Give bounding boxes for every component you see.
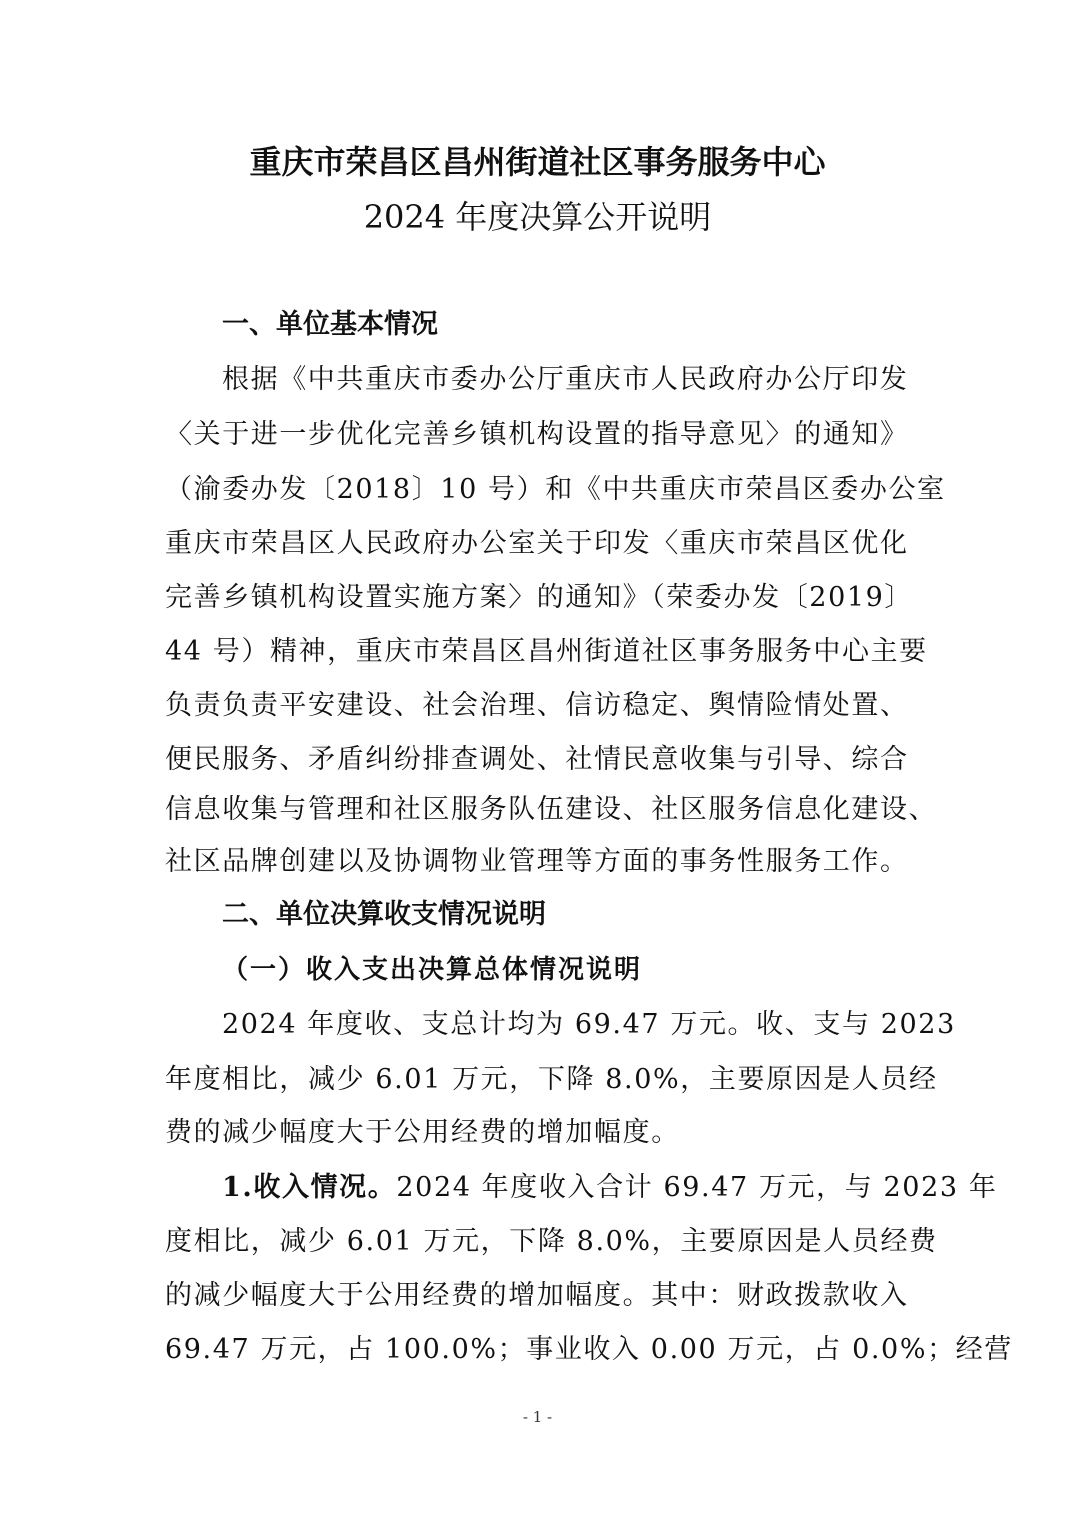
- text-line: 费的减少幅度大于公用经费的增加幅度。: [165, 1116, 925, 1150]
- page-number: - 1 -: [0, 1408, 1075, 1426]
- subsection-heading-overall: （一）收入支出决算总体情况说明: [222, 953, 642, 987]
- document-subtitle: 2024 年度决算公开说明: [0, 197, 1075, 237]
- section-heading-budget-explanation: 二、单位决算收支情况说明: [222, 898, 546, 932]
- text-line: 完善乡镇机构设置实施方案〉的通知》（荣委办发〔2019〕: [165, 581, 925, 615]
- income-lead-text: 2024 年度收入合计 69.47 万元，与 2023 年: [396, 1172, 997, 1203]
- text-line: 年度相比，减少 6.01 万元，下降 8.0%，主要原因是人员经: [165, 1063, 925, 1097]
- document-title: 重庆市荣昌区昌州街道社区事务服务中心: [0, 142, 1075, 182]
- text-line: 44 号）精神，重庆市荣昌区昌州街道社区事务服务中心主要: [165, 635, 925, 669]
- text-line: 的减少幅度大于公用经费的增加幅度。其中：财政拨款收入: [165, 1279, 925, 1313]
- section-heading-basic-info: 一、单位基本情况: [222, 308, 438, 342]
- income-lead-label: 1.收入情况。: [222, 1172, 396, 1203]
- text-line: 负责负责平安建设、社会治理、信访稳定、舆情险情处置、: [165, 689, 925, 723]
- text-line: 1.收入情况。2024 年度收入合计 69.47 万元，与 2023 年: [165, 1171, 982, 1205]
- text-line: 重庆市荣昌区人民政府办公室关于印发〈重庆市荣昌区优化: [165, 527, 925, 561]
- text-line: 根据《中共重庆市委办公厅重庆市人民政府办公厅印发: [165, 363, 982, 397]
- text-line: 〈关于进一步优化完善乡镇机构设置的指导意见〉的通知》: [165, 418, 925, 452]
- text-line: 度相比，减少 6.01 万元，下降 8.0%，主要原因是人员经费: [165, 1225, 925, 1259]
- document-page: 重庆市荣昌区昌州街道社区事务服务中心 2024 年度决算公开说明 一、单位基本情…: [0, 0, 1075, 1520]
- text-line: 69.47 万元，占 100.0%；事业收入 0.00 万元，占 0.0%；经营: [165, 1333, 925, 1367]
- text-line: 社区品牌创建以及协调物业管理等方面的事务性服务工作。: [165, 845, 925, 879]
- text-line: 便民服务、矛盾纠纷排查调处、社情民意收集与引导、综合: [165, 743, 925, 777]
- text-line: 信息收集与管理和社区服务队伍建设、社区服务信息化建设、: [165, 793, 925, 827]
- text-line: 2024 年度收、支总计均为 69.47 万元。收、支与 2023: [165, 1008, 982, 1042]
- text-line: （渝委办发〔2018〕10 号）和《中共重庆市荣昌区委办公室: [165, 473, 925, 507]
